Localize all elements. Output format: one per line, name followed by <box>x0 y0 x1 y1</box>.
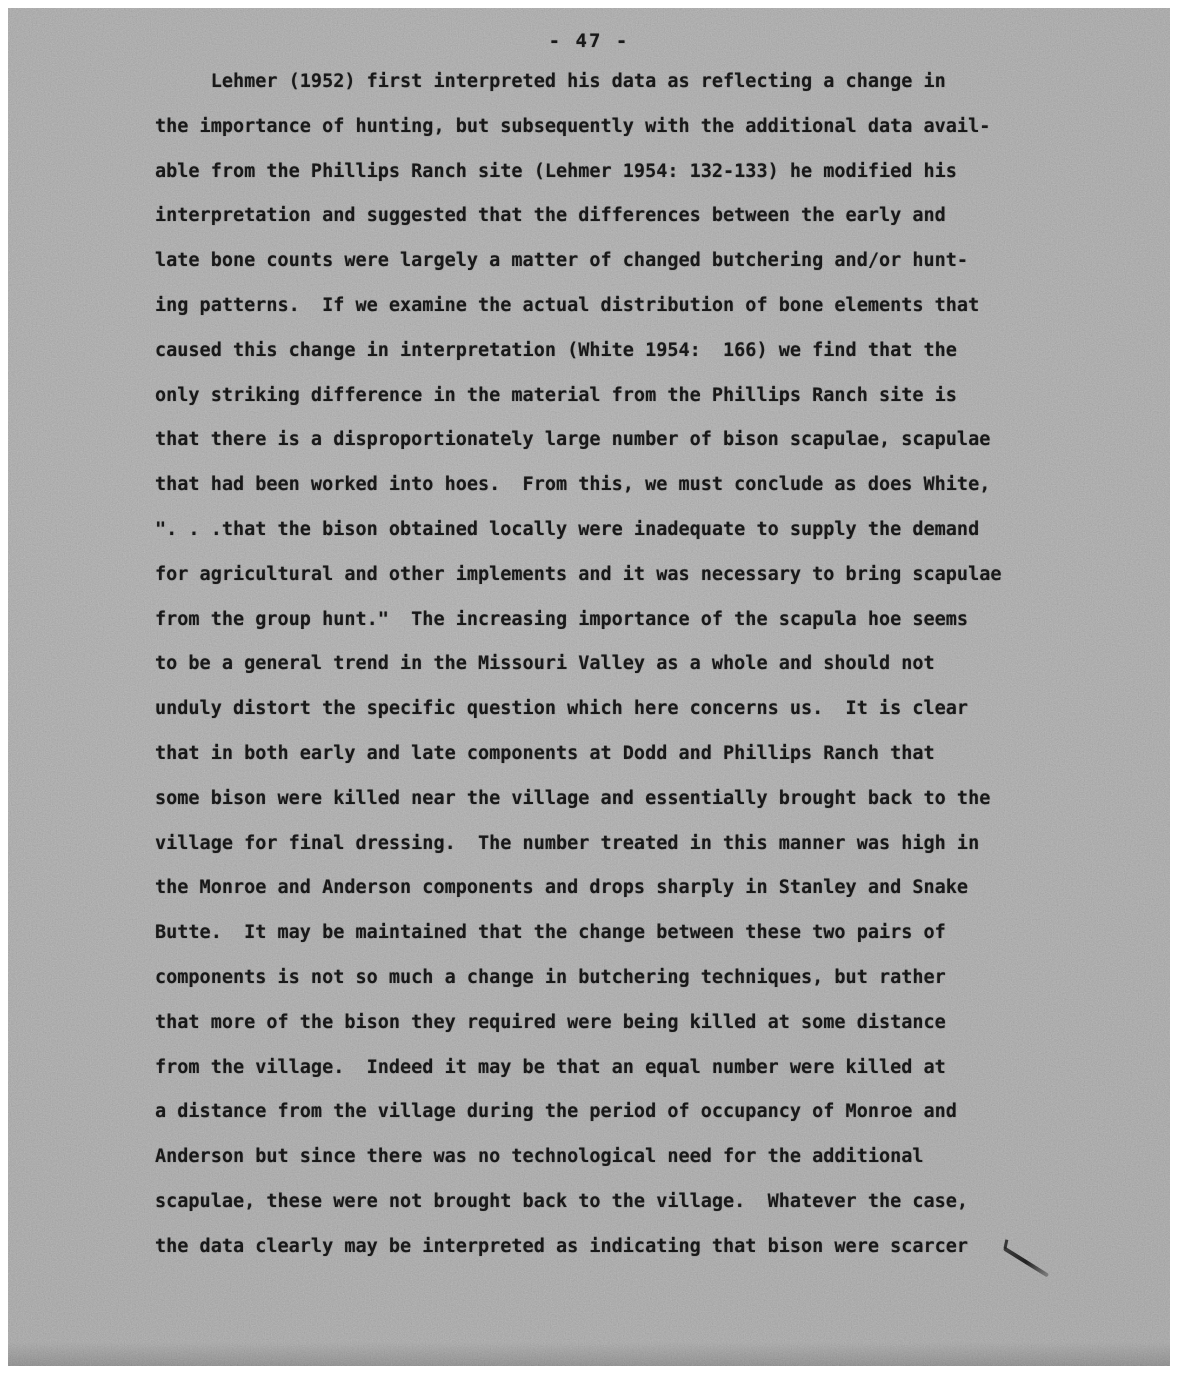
text-line: only striking difference in the material… <box>155 374 1035 419</box>
text-line: from the group hunt." The increasing imp… <box>155 598 1035 643</box>
text-line: from the village. Indeed it may be that … <box>155 1046 1035 1091</box>
text-line: unduly distort the specific question whi… <box>155 687 1035 732</box>
text-line: that there is a disproportionately large… <box>155 418 1035 463</box>
text-line: the Monroe and Anderson components and d… <box>155 866 1035 911</box>
text-line: able from the Phillips Ranch site (Lehme… <box>155 150 1035 195</box>
text-line: village for final dressing. The number t… <box>155 822 1035 867</box>
text-line: the importance of hunting, but subsequen… <box>155 105 1035 150</box>
text-line: late bone counts were largely a matter o… <box>155 239 1035 284</box>
text-line: ". . .that the bison obtained locally we… <box>155 508 1035 553</box>
page-body: Lehmer (1952) first interpreted his data… <box>155 60 1035 1270</box>
text-line: components is not so much a change in bu… <box>155 956 1035 1001</box>
text-line: some bison were killed near the village … <box>155 777 1035 822</box>
text-line: caused this change in interpretation (Wh… <box>155 329 1035 374</box>
text-line: that had been worked into hoes. From thi… <box>155 463 1035 508</box>
text-line: scapulae, these were not brought back to… <box>155 1180 1035 1225</box>
text-line: the data clearly may be interpreted as i… <box>155 1225 1035 1270</box>
text-line: to be a general trend in the Missouri Va… <box>155 642 1035 687</box>
scanned-document: - 47 - Lehmer (1952) first interpreted h… <box>0 0 1178 1380</box>
text-line: for agricultural and other implements an… <box>155 553 1035 598</box>
page-number: - 47 - <box>8 30 1170 52</box>
text-line: Lehmer (1952) first interpreted his data… <box>155 60 1035 105</box>
text-line: a distance from the village during the p… <box>155 1090 1035 1135</box>
text-line: ing patterns. If we examine the actual d… <box>155 284 1035 329</box>
text-line: that more of the bison they required wer… <box>155 1001 1035 1046</box>
text-line: Anderson but since there was no technolo… <box>155 1135 1035 1180</box>
text-line: Butte. It may be maintained that the cha… <box>155 911 1035 956</box>
scanned-page: - 47 - Lehmer (1952) first interpreted h… <box>8 8 1170 1366</box>
text-line: that in both early and late components a… <box>155 732 1035 777</box>
text-line: interpretation and suggested that the di… <box>155 194 1035 239</box>
